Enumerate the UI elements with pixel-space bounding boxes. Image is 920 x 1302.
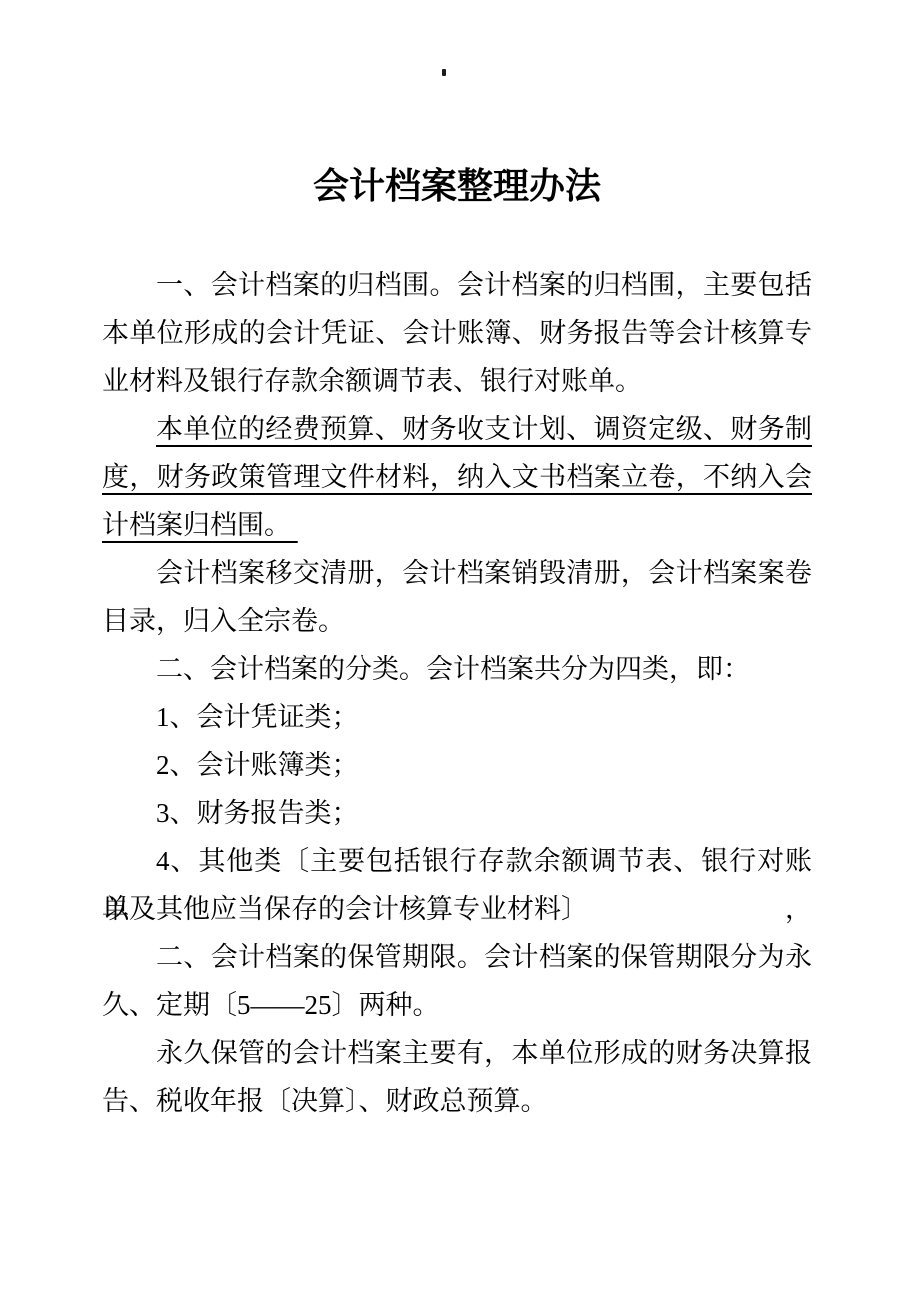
paragraph-line: 业材料及银行存款余额调节表、银行对账单。: [102, 357, 812, 405]
paragraph-line: 会计档案移交清册，会计档案销毁清册，会计档案案卷: [102, 549, 812, 597]
paragraph: 永久保管的会计档案主要有，本单位形成的财务决算报 告、税收年报〔决算〕、财政总预…: [102, 1029, 812, 1125]
paragraph-line: 久、定期〔5——25〕两种。: [102, 981, 812, 1029]
paragraph-line: 目录，归入全宗卷。: [102, 597, 812, 645]
paragraph: 二、会计档案的保管期限。会计档案的保管期限分为永 久、定期〔5——25〕两种。: [102, 933, 812, 1029]
paragraph-line: 4、其他类〔主要包括银行存款余额调节表、银行对账单，: [102, 837, 812, 885]
paragraph-line: 告、税收年报〔决算〕、财政总预算。: [102, 1077, 812, 1125]
paragraph-line: 本单位形成的会计凭证、会计账簿、财务报告等会计核算专: [102, 309, 812, 357]
paragraph-line: 本单位的经费预算、财务收支计划、调资定级、财务制: [102, 405, 812, 453]
paragraph-line: 3、财务报告类；: [102, 789, 812, 837]
paragraph-line: 二、会计档案的保管期限。会计档案的保管期限分为永: [102, 933, 812, 981]
paragraph-line: 2、会计账簿类；: [102, 741, 812, 789]
document-page: 会计档案整理办法 一、会计档案的归档围。会计档案的归档围，主要包括 本单位形成的…: [0, 0, 920, 1302]
document-title: 会计档案整理办法: [102, 162, 812, 210]
list-item: 1、会计凭证类；: [102, 693, 812, 741]
paragraph-line: 永久保管的会计档案主要有，本单位形成的财务决算报: [102, 1029, 812, 1077]
paragraph-line: 一、会计档案的归档围。会计档案的归档围，主要包括: [102, 261, 812, 309]
list-item: 4、其他类〔主要包括银行存款余额调节表、银行对账单， 以及其他应当保存的会计核算…: [102, 837, 812, 933]
paragraph-line: 二、会计档案的分类。会计档案共分为四类，即：: [102, 645, 812, 693]
paragraph: 二、会计档案的分类。会计档案共分为四类，即：: [102, 645, 812, 693]
list-item: 3、财务报告类；: [102, 789, 812, 837]
document-body: 一、会计档案的归档围。会计档案的归档围，主要包括 本单位形成的会计凭证、会计账簿…: [102, 261, 812, 1125]
document-content: 会计档案整理办法 一、会计档案的归档围。会计档案的归档围，主要包括 本单位形成的…: [102, 0, 812, 1125]
paragraph: 一、会计档案的归档围。会计档案的归档围，主要包括 本单位形成的会计凭证、会计账簿…: [102, 261, 812, 405]
paragraph-line: 计档案归档围。: [102, 501, 812, 549]
paragraph: 会计档案移交清册，会计档案销毁清册，会计档案案卷 目录，归入全宗卷。: [102, 549, 812, 645]
paragraph-line: 度，财务政策管理文件材料，纳入文书档案立卷，不纳入会: [102, 453, 812, 501]
paragraph-line: 1、会计凭证类；: [102, 693, 812, 741]
list-item: 2、会计账簿类；: [102, 741, 812, 789]
paragraph-underlined: 本单位的经费预算、财务收支计划、调资定级、财务制 度，财务政策管理文件材料，纳入…: [102, 405, 812, 549]
